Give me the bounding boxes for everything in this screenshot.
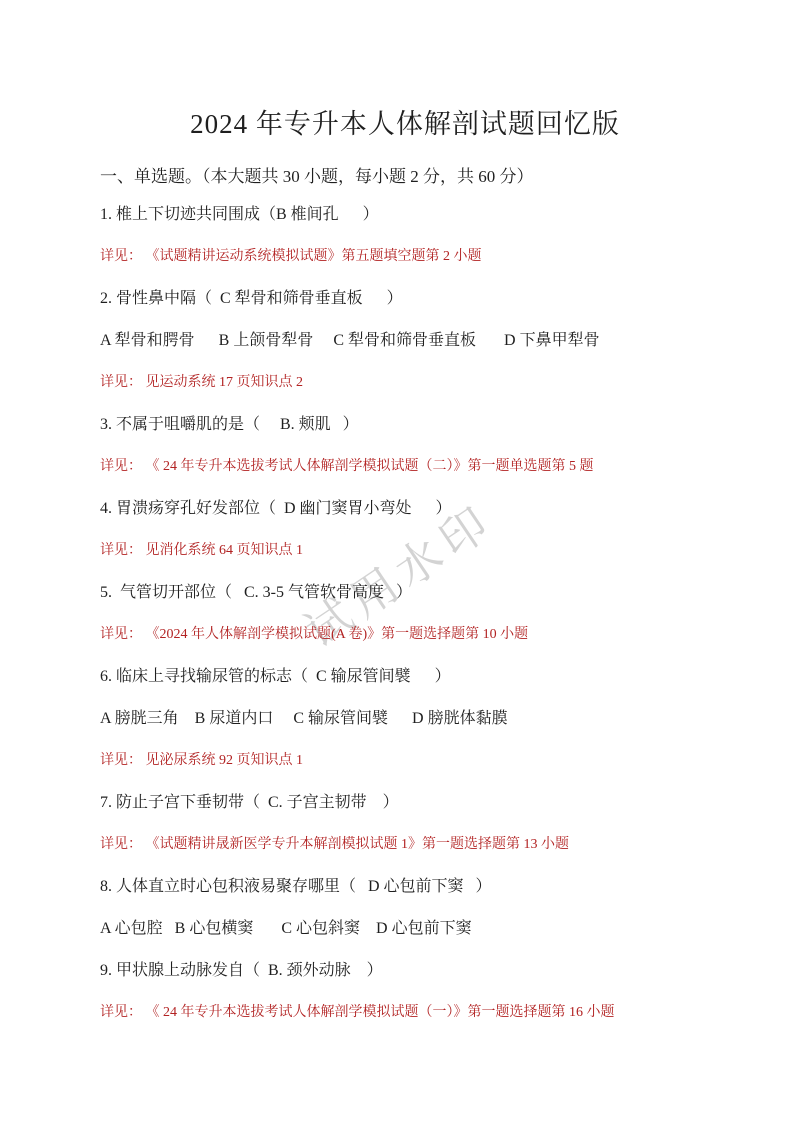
question-text-1: 1. 椎上下切迹共同围成（B 椎间孔 ） (100, 202, 710, 228)
detail-reference-4: 详见： 见消化系统 64 页知识点 1 (100, 538, 710, 564)
section-heading: 一、单选题。（本大题共 30 小题，每小题 2 分，共 60 分） (100, 164, 710, 190)
question-text-9: 9. 甲状腺上动脉发自（ B. 颈外动脉 ） (100, 958, 710, 984)
question-text-7: 7. 防止子宫下垂韧带（ C. 子宫主韧带 ） (100, 790, 710, 816)
question-text-4: 4. 胃溃疡穿孔好发部位（ D 幽门窦胃小弯处 ） (100, 496, 710, 522)
options-line-2: A 犁骨和腭骨 B 上颌骨犁骨 C 犁骨和筛骨垂直板 D 下鼻甲犁骨 (100, 328, 710, 354)
document-content: 2024 年专升本人体解剖试题回忆版 一、单选题。（本大题共 30 小题，每小题… (0, 0, 800, 1026)
page-title: 2024 年专升本人体解剖试题回忆版 (100, 106, 710, 142)
question-text-5: 5. 气管切开部位（ C. 3-5 气管软骨高度 ） (100, 580, 710, 606)
detail-reference-7: 详见： 《试题精讲晟新医学专升本解剖模拟试题 1》第一题选择题第 13 小题 (100, 832, 710, 858)
detail-reference-1: 详见： 《试题精讲运动系统模拟试题》第五题填空题第 2 小题 (100, 244, 710, 270)
question-text-6: 6. 临床上寻找输尿管的标志（ C 输尿管间襞 ） (100, 664, 710, 690)
question-text-3: 3. 不属于咀嚼肌的是（ B. 颊肌 ） (100, 412, 710, 438)
options-line-6: A 膀胱三角 B 尿道内口 C 输尿管间襞 D 膀胱体黏膜 (100, 706, 710, 732)
detail-reference-6: 详见： 见泌尿系统 92 页知识点 1 (100, 748, 710, 774)
question-text-8: 8. 人体直立时心包积液易聚存哪里（ D 心包前下窦 ） (100, 874, 710, 900)
detail-reference-5: 详见： 《2024 年人体解剖学模拟试题(A 卷)》第一题选择题第 10 小题 (100, 622, 710, 648)
options-line-8: A 心包腔 B 心包横窦 C 心包斜窦 D 心包前下窦 (100, 916, 710, 942)
detail-reference-9: 详见： 《 24 年专升本选拔考试人体解剖学模拟试题（一）》第一题选择题第 16… (100, 1000, 710, 1026)
document-page: 试用水印 2024 年专升本人体解剖试题回忆版 一、单选题。（本大题共 30 小… (0, 0, 800, 1131)
detail-reference-3: 详见： 《 24 年专升本选拔考试人体解剖学模拟试题（二）》第一题单选题第 5 … (100, 454, 710, 480)
question-text-2: 2. 骨性鼻中隔（ C 犁骨和筛骨垂直板 ） (100, 286, 710, 312)
detail-reference-2: 详见： 见运动系统 17 页知识点 2 (100, 370, 710, 396)
